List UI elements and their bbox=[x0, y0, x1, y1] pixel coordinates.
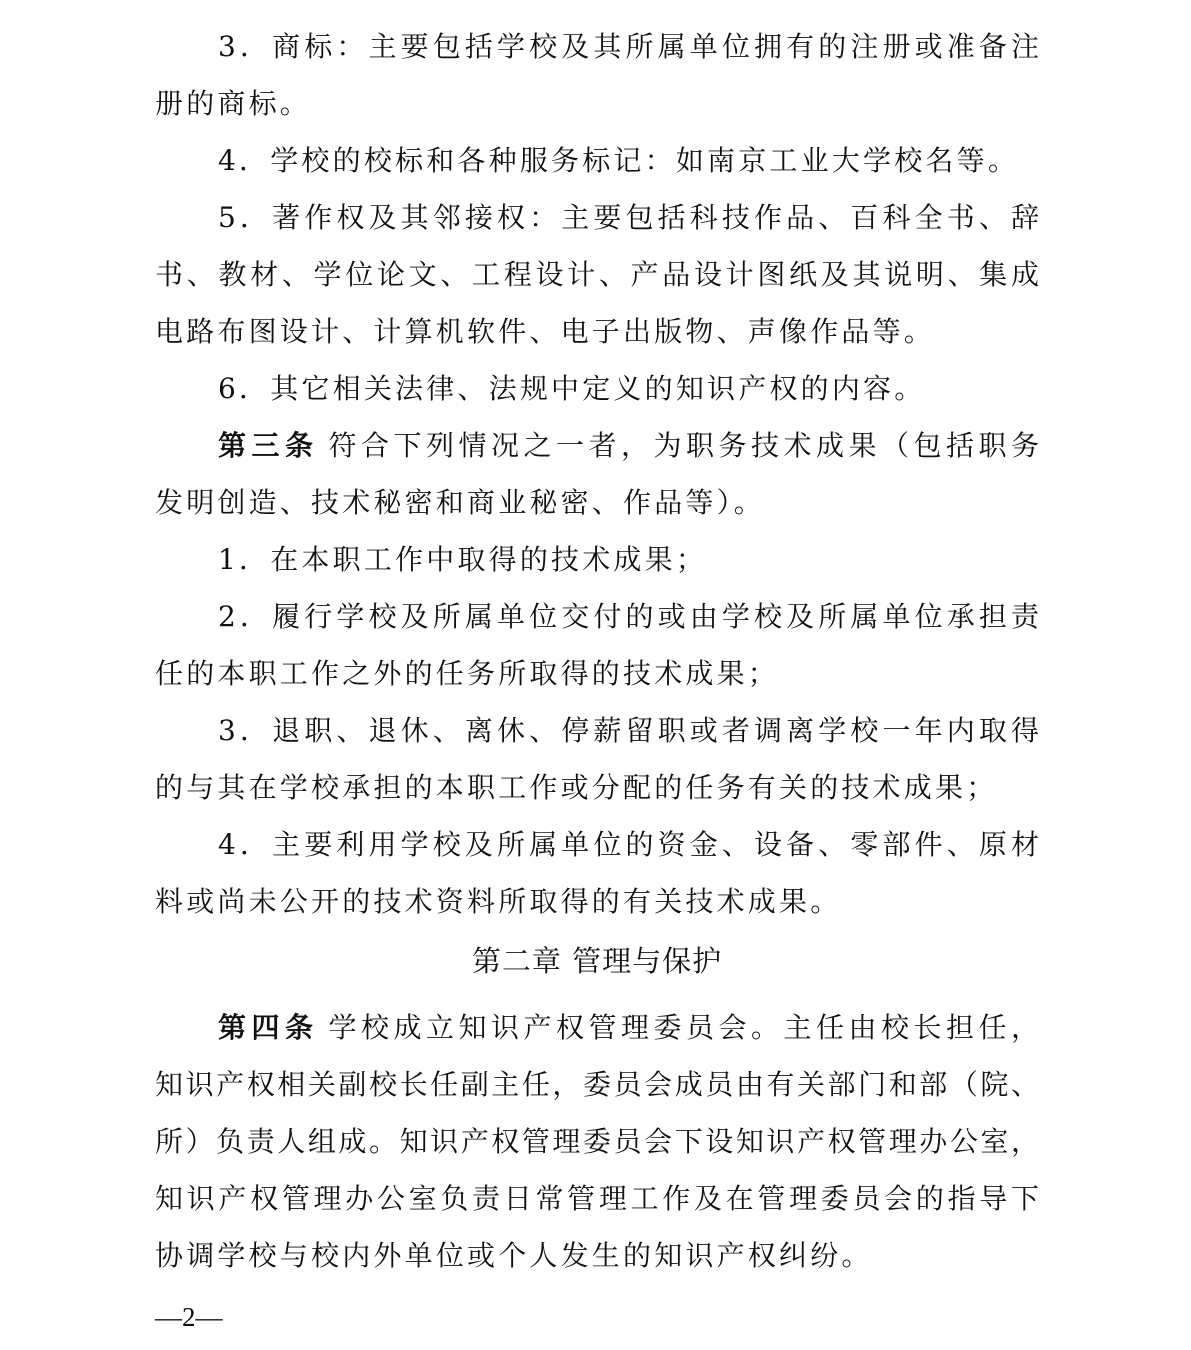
article-four-label: 第四条 bbox=[218, 1011, 319, 1044]
list-item-resources-line-1: 4．主要利用学校及所属单位的资金、设备、零部件、原材 bbox=[218, 816, 1039, 873]
article-four-line-5: 协调学校与校内外单位或个人发生的知识产权纠纷。 bbox=[155, 1227, 873, 1284]
list-item-retirement-line-1: 3．退职、退休、离休、停薪留职或者调离学校一年内取得 bbox=[218, 702, 1039, 759]
list-item-school-emblem: 4．学校的校标和各种服务标记：如南京工业大学校名等。 bbox=[218, 132, 1019, 189]
list-item-copyright-line-1: 5．著作权及其邻接权：主要包括科技作品、百科全书、辞 bbox=[218, 189, 1039, 246]
list-item-other-ip: 6．其它相关法律、法规中定义的知识产权的内容。 bbox=[218, 360, 925, 417]
list-item-copyright-line-3: 电路布图设计、计算机软件、电子出版物、声像作品等。 bbox=[155, 303, 935, 360]
page-number: —2— bbox=[155, 1300, 223, 1334]
article-four-line-3: 所）负责人组成。知识产权管理委员会下设知识产权管理办公室， bbox=[155, 1113, 1039, 1170]
list-item-trademark-line-1: 3．商标：主要包括学校及其所属单位拥有的注册或准备注 bbox=[218, 18, 1039, 75]
list-item-retirement-line-2: 的与其在学校承担的本职工作或分配的任务有关的技术成果； bbox=[155, 759, 997, 816]
list-item-assigned-tasks-line-2: 任的本职工作之外的任务所取得的技术成果； bbox=[155, 645, 779, 702]
article-three-text-1: 符合下列情况之一者，为职务技术成果（包括职务 bbox=[329, 429, 1039, 462]
article-three-line-2: 发明创造、技术秘密和商业秘密、作品等）。 bbox=[155, 474, 765, 531]
list-item-resources-line-2: 料或尚未公开的技术资料所取得的有关技术成果。 bbox=[155, 873, 841, 930]
article-three-label: 第三条 bbox=[218, 429, 319, 462]
article-four-text-1: 学校成立知识产权管理委员会。主任由校长担任， bbox=[329, 1011, 1039, 1044]
list-item-copyright-line-2: 书、教材、学位论文、工程设计、产品设计图纸及其说明、集成 bbox=[155, 246, 1039, 303]
article-four-line-4: 知识产权管理办公室负责日常管理工作及在管理委员会的指导下 bbox=[155, 1170, 1039, 1227]
article-four-line-1: 第四条学校成立知识产权管理委员会。主任由校长担任， bbox=[218, 999, 1039, 1056]
article-three-line-1: 第三条符合下列情况之一者，为职务技术成果（包括职务 bbox=[218, 417, 1039, 474]
list-item-trademark-line-2: 册的商标。 bbox=[155, 75, 311, 132]
article-four-line-2: 知识产权相关副校长任副主任，委员会成员由有关部门和部（院、 bbox=[155, 1056, 1039, 1113]
list-item-duty-work: 1．在本职工作中取得的技术成果； bbox=[218, 531, 707, 588]
chapter-heading: 第二章 管理与保护 bbox=[155, 933, 1039, 990]
list-item-assigned-tasks-line-1: 2．履行学校及所属单位交付的或由学校及所属单位承担责 bbox=[218, 588, 1039, 645]
